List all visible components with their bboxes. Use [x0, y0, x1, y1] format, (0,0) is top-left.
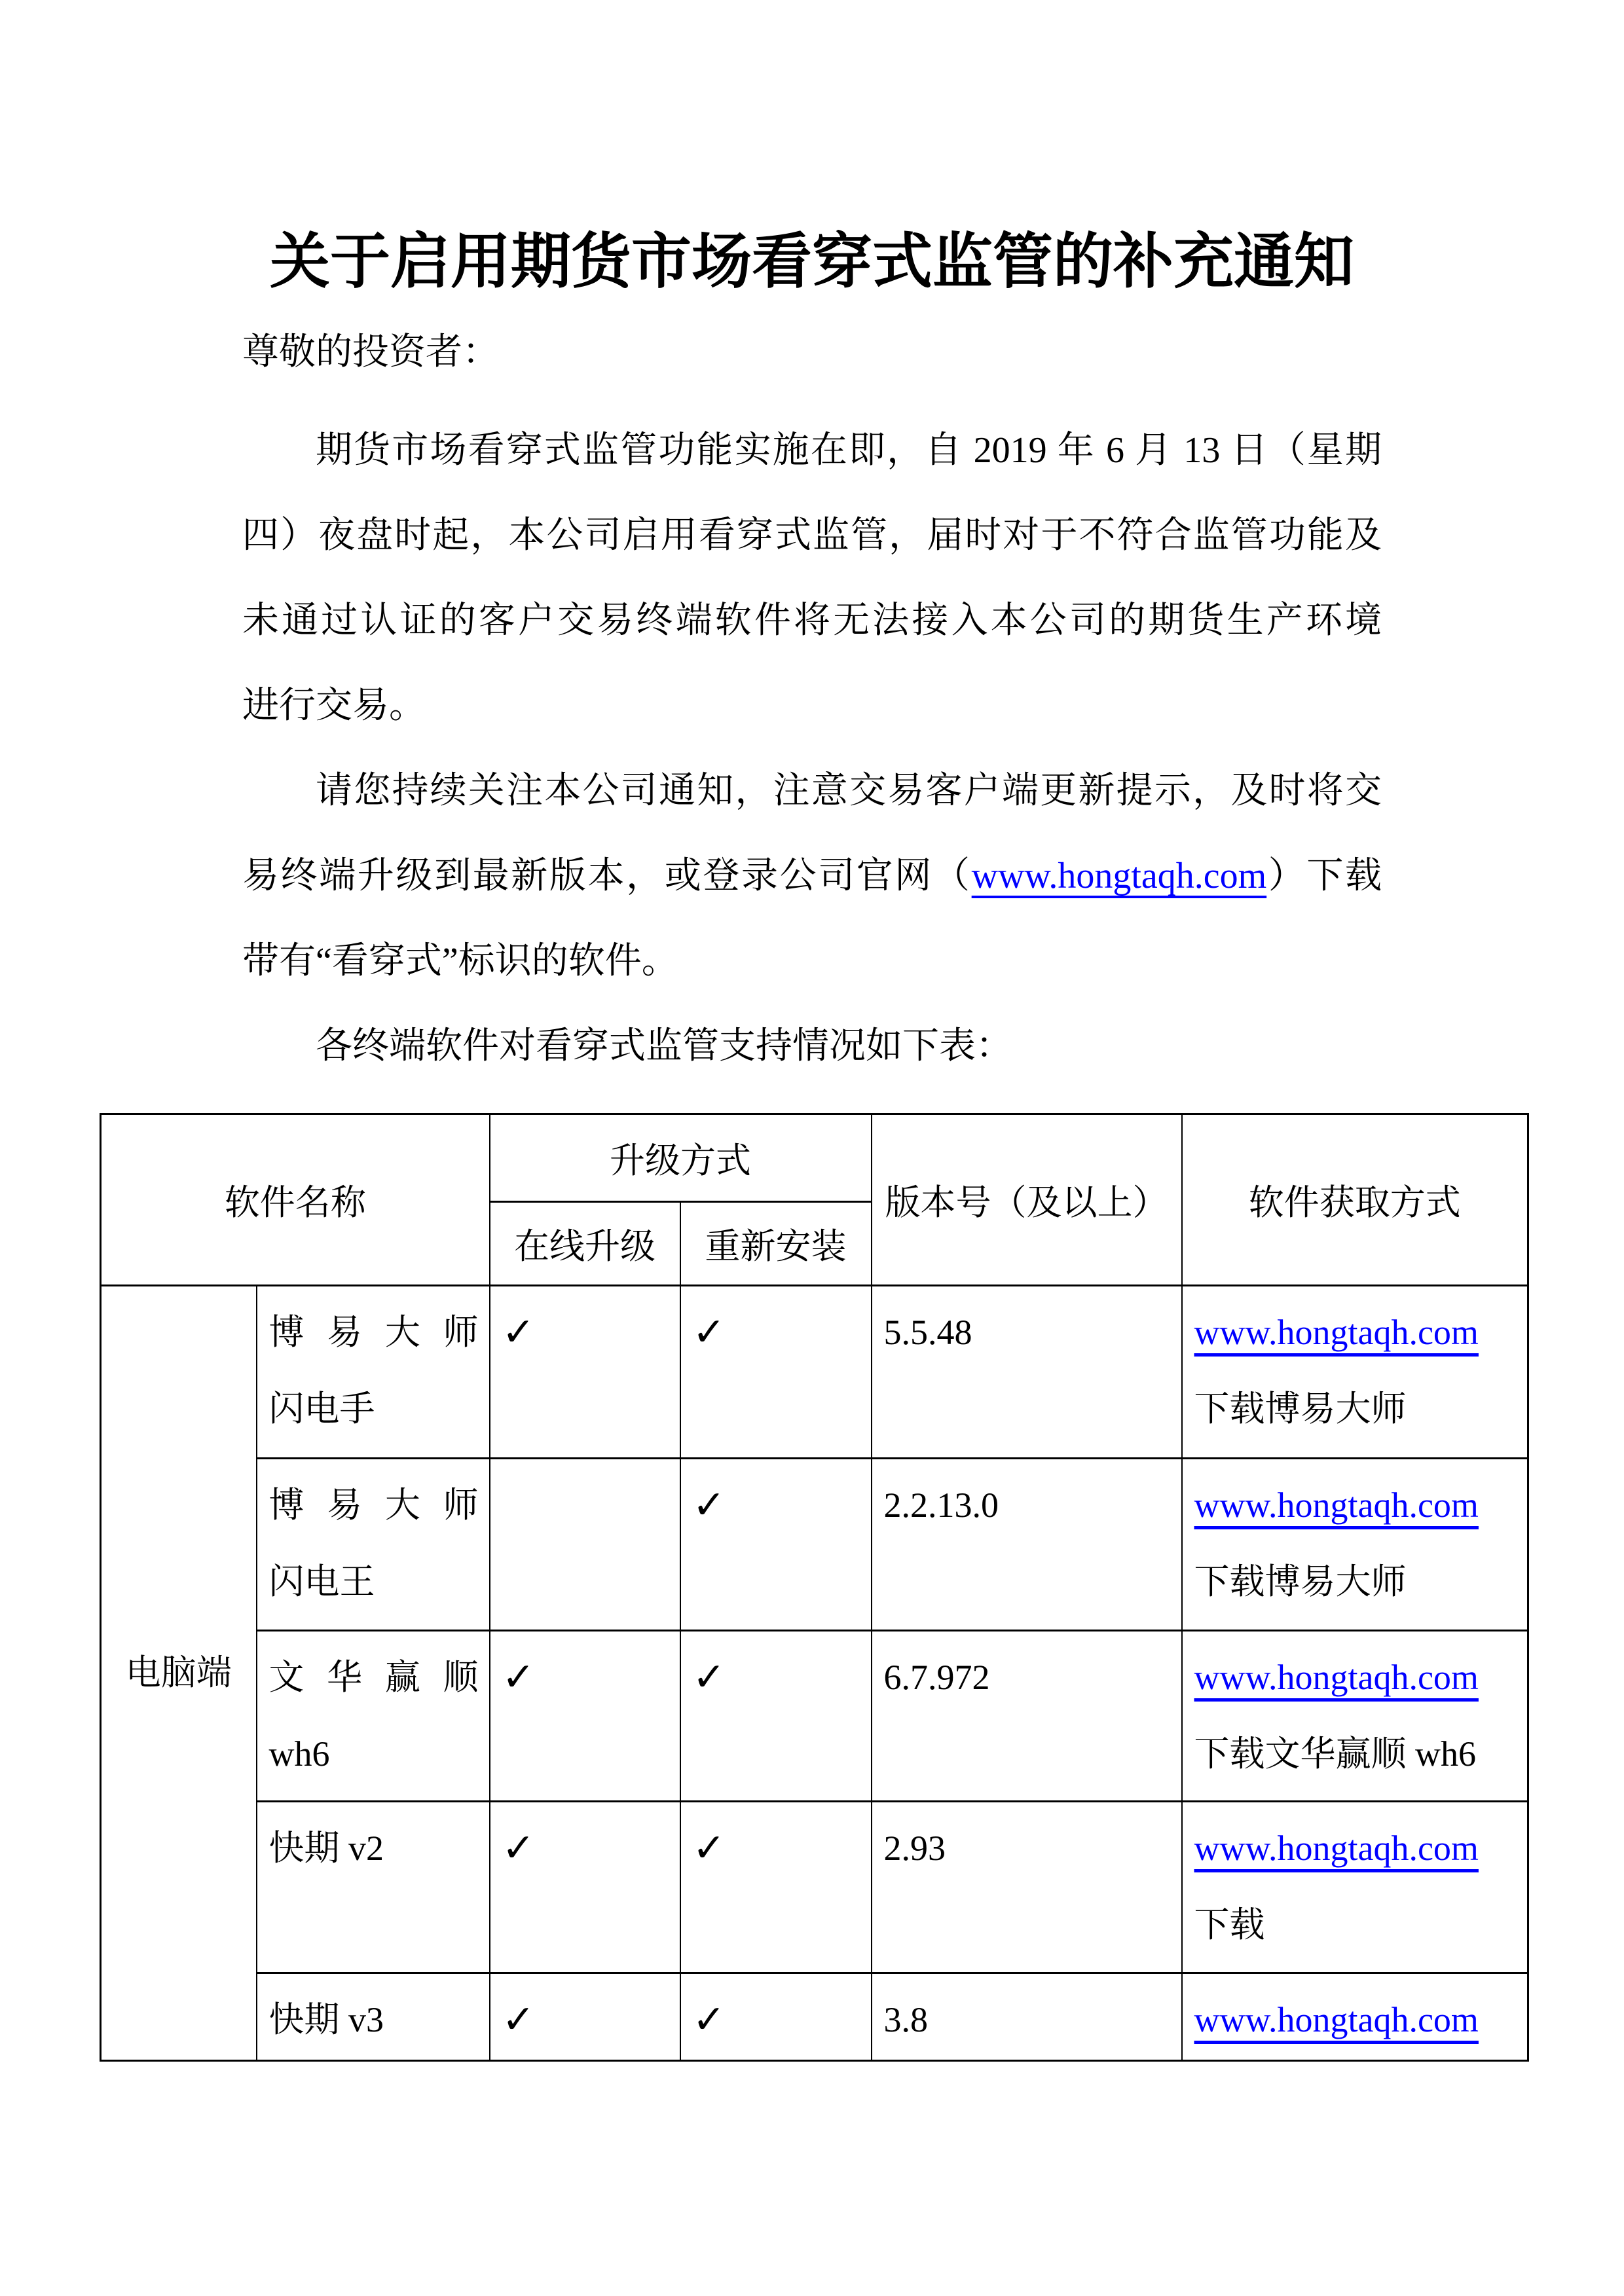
page-title: 关于启用期货市场看穿式监管的补充通知	[242, 220, 1382, 304]
software-name-line: wh6	[269, 1716, 479, 1793]
software-name-line: 闪电手	[269, 1371, 479, 1448]
download-cell: www.hongtaqh.com下载文华赢顺 wh6	[1182, 1631, 1528, 1802]
download-link-line: www.hongtaqh.com	[1194, 1810, 1517, 1887]
text-segment: 期货市场看穿式监管功能实施在即，自 2019 年 6 月 13 日（星期	[316, 430, 1382, 471]
reinstall-check: ✓	[680, 1286, 872, 1459]
paragraph-line: 各终端软件对看穿式监管支持情况如下表：	[242, 1004, 1382, 1089]
online-upgrade-check: ✓	[490, 1286, 680, 1459]
paragraph-line: 进行交易。	[242, 663, 1382, 748]
download-text-line: 下载	[1194, 1887, 1517, 1963]
paragraph-line: 四）夜盘时起，本公司启用看穿式监管，届时对于不符合监管功能及	[242, 493, 1382, 578]
download-link-line: www.hongtaqh.com	[1194, 1982, 1517, 2058]
software-name-line: 快期 v2	[269, 1810, 479, 1887]
text-segment: ）下载	[1266, 856, 1382, 896]
download-link[interactable]: www.hongtaqh.com	[1194, 1313, 1479, 1352]
paragraph-line: 请您持续关注本公司通知，注意交易客户端更新提示，及时将交	[242, 748, 1382, 833]
header-upgrade-method: 升级方式	[490, 1114, 872, 1202]
download-link-line: www.hongtaqh.com	[1194, 1467, 1517, 1544]
download-cell: www.hongtaqh.com下载博易大师	[1182, 1286, 1528, 1459]
download-link-line: www.hongtaqh.com	[1194, 1639, 1517, 1716]
online-upgrade-check: ✓	[490, 1973, 680, 2061]
version-cell: 6.7.972	[872, 1631, 1182, 1802]
greeting-line: 尊敬的投资者：	[242, 329, 499, 375]
software-name-cell: 博 易 大 师闪电王	[257, 1459, 490, 1631]
paragraph-line: 带有“看穿式”标识的软件。	[242, 919, 1382, 1004]
version-cell: 2.93	[872, 1802, 1182, 1973]
paragraph-line: 未通过认证的客户交易终端软件将无法接入本公司的期货生产环境	[242, 578, 1382, 663]
download-cell: www.hongtaqh.com	[1182, 1973, 1528, 2061]
version-cell: 3.8	[872, 1973, 1182, 2061]
download-link[interactable]: www.hongtaqh.com	[1194, 1485, 1479, 1525]
text-segment: 带有“看穿式”标识的软件。	[242, 941, 678, 981]
reinstall-check: ✓	[680, 1631, 872, 1802]
software-name-cell: 快期 v3	[257, 1973, 490, 2061]
software-name-line: 闪电王	[269, 1544, 479, 1620]
header-version: 版本号（及以上）	[872, 1114, 1182, 1286]
table-row: 博 易 大 师闪电王✓2.2.13.0www.hongtaqh.com下载博易大…	[101, 1459, 1528, 1631]
download-link-line: www.hongtaqh.com	[1194, 1294, 1517, 1371]
software-name-line: 博 易 大 师	[269, 1294, 479, 1371]
reinstall-check: ✓	[680, 1459, 872, 1631]
online-upgrade-check: ✓	[490, 1631, 680, 1802]
website-link[interactable]: www.hongtaqh.com	[972, 856, 1267, 896]
text-segment: 四）夜盘时起，本公司启用看穿式监管，届时对于不符合监管功能及	[242, 515, 1382, 556]
paragraph-line: 易终端升级到最新版本，或登录公司官网（www.hongtaqh.com）下载	[242, 833, 1382, 919]
header-row-1: 软件名称 升级方式 版本号（及以上） 软件获取方式	[101, 1114, 1528, 1202]
software-name-line: 博 易 大 师	[269, 1467, 479, 1544]
text-segment: 易终端升级到最新版本，或登录公司官网（	[242, 856, 972, 896]
header-reinstall: 重新安装	[680, 1202, 872, 1286]
table-row: 文 华 赢 顺wh6✓✓6.7.972www.hongtaqh.com下载文华赢…	[101, 1631, 1528, 1802]
reinstall-check: ✓	[680, 1802, 872, 1973]
download-link[interactable]: www.hongtaqh.com	[1194, 1658, 1479, 1697]
online-upgrade-check	[490, 1459, 680, 1631]
download-text-line: 下载博易大师	[1194, 1544, 1517, 1620]
header-acquisition: 软件获取方式	[1182, 1114, 1528, 1286]
paragraphs: 期货市场看穿式监管功能实施在即，自 2019 年 6 月 13 日（星期四）夜盘…	[242, 408, 1382, 1089]
text-segment: 请您持续关注本公司通知，注意交易客户端更新提示，及时将交	[316, 771, 1382, 811]
header-software-name: 软件名称	[101, 1114, 490, 1286]
table-body: 电脑端博 易 大 师闪电手✓✓5.5.48www.hongtaqh.com下载博…	[101, 1286, 1528, 2061]
software-name-line: 文 华 赢 顺	[269, 1639, 479, 1716]
terminal-type-cell: 电脑端	[101, 1286, 257, 2061]
text-segment: 各终端软件对看穿式监管支持情况如下表：	[316, 1026, 1012, 1066]
software-name-cell: 文 华 赢 顺wh6	[257, 1631, 490, 1802]
table-row: 电脑端博 易 大 师闪电手✓✓5.5.48www.hongtaqh.com下载博…	[101, 1286, 1528, 1459]
notice-page: 关于启用期货市场看穿式监管的补充通知 尊敬的投资者： 期货市场看穿式监管功能实施…	[0, 0, 1624, 2296]
software-name-line: 快期 v3	[269, 1982, 479, 2058]
text-segment: 未通过认证的客户交易终端软件将无法接入本公司的期货生产环境	[242, 600, 1382, 641]
download-cell: www.hongtaqh.com下载博易大师	[1182, 1459, 1528, 1631]
table-row: 快期 v2✓✓2.93www.hongtaqh.com下载	[101, 1802, 1528, 1973]
download-link[interactable]: www.hongtaqh.com	[1194, 1829, 1479, 1868]
download-cell: www.hongtaqh.com下载	[1182, 1802, 1528, 1973]
table-header: 软件名称 升级方式 版本号（及以上） 软件获取方式 在线升级 重新安装	[101, 1114, 1528, 1286]
text-segment: 进行交易。	[242, 685, 426, 726]
version-cell: 5.5.48	[872, 1286, 1182, 1459]
header-online-upgrade: 在线升级	[490, 1202, 680, 1286]
paragraph-line: 期货市场看穿式监管功能实施在即，自 2019 年 6 月 13 日（星期	[242, 408, 1382, 493]
version-cell: 2.2.13.0	[872, 1459, 1182, 1631]
table-row: 快期 v3✓✓3.8www.hongtaqh.com	[101, 1973, 1528, 2061]
software-support-table: 软件名称 升级方式 版本号（及以上） 软件获取方式 在线升级 重新安装 电脑端博…	[100, 1113, 1529, 2062]
software-name-cell: 快期 v2	[257, 1802, 490, 1973]
online-upgrade-check: ✓	[490, 1802, 680, 1973]
reinstall-check: ✓	[680, 1973, 872, 2061]
software-name-cell: 博 易 大 师闪电手	[257, 1286, 490, 1459]
download-link[interactable]: www.hongtaqh.com	[1194, 2000, 1479, 2039]
download-text-line: 下载文华赢顺 wh6	[1194, 1716, 1517, 1793]
download-text-line: 下载博易大师	[1194, 1371, 1517, 1448]
